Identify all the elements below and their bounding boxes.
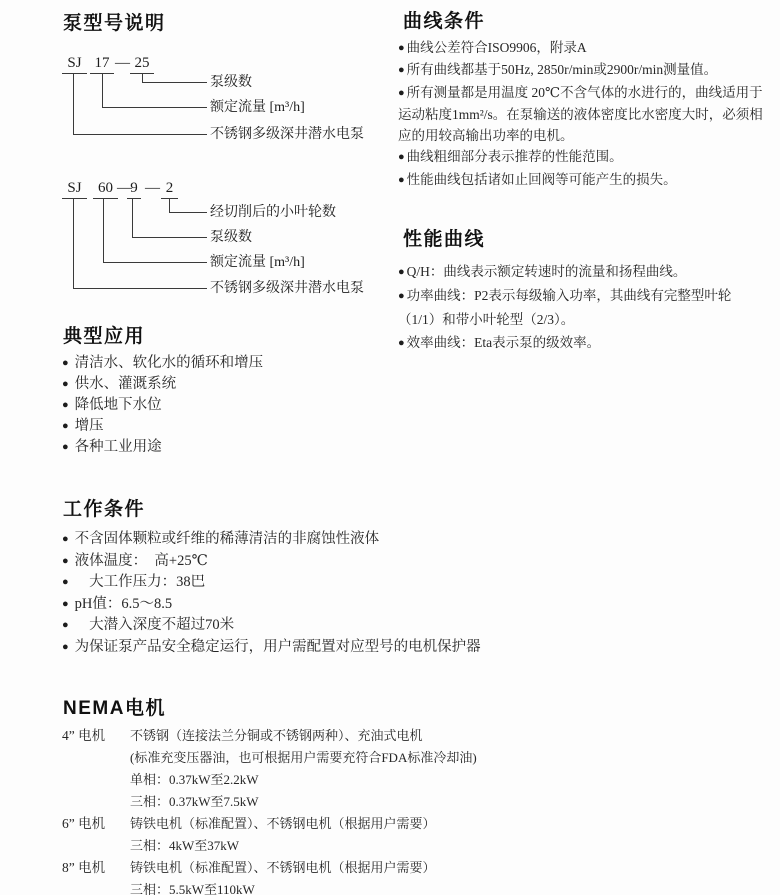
bullet-icon: ● bbox=[62, 619, 69, 631]
bullet-item: ●为保证泵产品安全稳定运行，用户需配置对应型号的电机保护器 bbox=[62, 637, 662, 659]
code-part-label: 额定流量 [m³/h] bbox=[210, 255, 305, 271]
bullet-item: ●功率曲线：P2表示每级输入功率，其曲线有完整型叶轮（1/1）和带小叶轮型（2/… bbox=[398, 284, 764, 331]
bullet-item: ●各种工业用途 bbox=[62, 437, 392, 458]
code-part-label: 不锈钢多级深井潜水电泵 bbox=[210, 127, 364, 143]
motor-spec-line: 三相：0.37kW至7.5kW bbox=[130, 791, 702, 813]
bullet-icon: ● bbox=[62, 399, 69, 411]
performance-curves-list: ●Q/H：曲线表示额定转速时的流量和扬程曲线。 ●功率曲线：P2表示每级输入功率… bbox=[398, 260, 764, 355]
bullet-icon: ● bbox=[62, 357, 69, 369]
model-code-part: 2 bbox=[161, 178, 178, 199]
bullet-text: 各种工业用途 bbox=[75, 439, 162, 455]
bullet-icon: ● bbox=[398, 337, 405, 349]
motor-spec-line: 铸铁电机（标准配置）、不锈钢电机（根据用户需要） bbox=[130, 813, 702, 835]
motor-size-label: 6” 电机 bbox=[62, 813, 130, 835]
nema-motors-table: 4” 电机 不锈钢（连接法兰分铜或不锈钢两种）、充油式电机 (标准充变压器油，也… bbox=[62, 725, 702, 895]
motor-spec-line: 单相：0.37kW至2.2kW bbox=[130, 769, 702, 791]
bullet-text: pH值：6.5～8.5 bbox=[75, 596, 172, 612]
bullet-icon: ● bbox=[62, 441, 69, 453]
bullet-item: ●Q/H：曲线表示额定转速时的流量和扬程曲线。 bbox=[398, 260, 764, 284]
bullet-text: 增压 bbox=[75, 418, 104, 434]
working-conditions-list: ●不含固体颗粒或纤维的稀薄清洁的非腐蚀性液体 ●液体温度： 高+25℃ ● 大工… bbox=[62, 529, 662, 658]
model-code-dash: — bbox=[114, 53, 131, 73]
code-part-label: 泵级数 bbox=[210, 230, 252, 246]
typical-applications-list: ●清洁水、软化水的循环和增压 ●供水、灌溉系统 ●降低地下水位 ●增压 ●各种工… bbox=[62, 353, 392, 458]
bullet-icon: ● bbox=[398, 64, 405, 76]
bullet-text: 液体温度： 高+25℃ bbox=[75, 553, 208, 569]
typical-applications-title: 典型应用 bbox=[63, 325, 145, 349]
motor-spec-line: 铸铁电机（标准配置）、不锈钢电机（根据用户需要） bbox=[130, 857, 702, 879]
bullet-icon: ● bbox=[398, 87, 405, 99]
bullet-icon: ● bbox=[62, 641, 69, 653]
bullet-item: ●降低地下水位 bbox=[62, 395, 392, 416]
motor-row: 6” 电机 铸铁电机（标准配置）、不锈钢电机（根据用户需要） 三相：4kW至37… bbox=[62, 813, 702, 857]
callout-line bbox=[73, 73, 207, 135]
bullet-text: 降低地下水位 bbox=[75, 397, 162, 413]
bullet-item: ●所有测量都是用温度 20℃不含气体的水进行的，曲线适用于运动粘度1mm²/s。… bbox=[398, 82, 764, 147]
bullet-icon: ● bbox=[398, 174, 405, 186]
bullet-item: ●所有曲线都基于50Hz, 2850r/min或2900r/min测量值。 bbox=[398, 59, 764, 81]
model-code-part: 60 bbox=[93, 178, 118, 199]
bullet-text: 清洁水、软化水的循环和增压 bbox=[75, 355, 264, 371]
code-part-label: 额定流量 [m³/h] bbox=[210, 100, 305, 116]
model-code-part: 9 bbox=[127, 178, 141, 199]
bullet-item: ●不含固体颗粒或纤维的稀薄清洁的非腐蚀性液体 bbox=[62, 529, 662, 551]
motor-row: 4” 电机 不锈钢（连接法兰分铜或不锈钢两种）、充油式电机 (标准充变压器油，也… bbox=[62, 725, 702, 813]
motor-spec-line: 三相：4kW至37kW bbox=[130, 835, 702, 857]
bullet-text: 供水、灌溉系统 bbox=[75, 376, 177, 392]
bullet-text: 性能曲线包括诸如止回阀等可能产生的损失。 bbox=[407, 172, 677, 187]
bullet-text: 所有测量都是用温度 20℃不含气体的水进行的，曲线适用于运动粘度1mm²/s。在… bbox=[398, 85, 763, 144]
bullet-text: 功率曲线：P2表示每级输入功率，其曲线有完整型叶轮（1/1）和带小叶轮型（2/3… bbox=[398, 288, 731, 327]
callout-line bbox=[73, 198, 207, 289]
bullet-icon: ● bbox=[62, 576, 69, 588]
code-part-label: 不锈钢多级深井潜水电泵 bbox=[210, 281, 364, 297]
bullet-text: 效率曲线：Eta表示泵的级效率。 bbox=[407, 335, 601, 350]
bullet-item: ●性能曲线包括诸如止回阀等可能产生的损失。 bbox=[398, 169, 764, 191]
motor-spec-line: 不锈钢（连接法兰分铜或不锈钢两种）、充油式电机 bbox=[130, 725, 702, 747]
bullet-item: ●曲线粗细部分表示推荐的性能范围。 bbox=[398, 146, 764, 168]
bullet-text: 不含固体颗粒或纤维的稀薄清洁的非腐蚀性液体 bbox=[75, 531, 380, 547]
bullet-text: 为保证泵产品安全稳定运行，用户需配置对应型号的电机保护器 bbox=[75, 639, 481, 655]
bullet-item: ●效率曲线：Eta表示泵的级效率。 bbox=[398, 331, 764, 355]
bullet-icon: ● bbox=[398, 290, 405, 302]
bullet-text: Q/H：曲线表示额定转速时的流量和扬程曲线。 bbox=[407, 264, 687, 279]
bullet-icon: ● bbox=[398, 42, 405, 54]
motor-spec-lines: 不锈钢（连接法兰分铜或不锈钢两种）、充油式电机 (标准充变压器油，也可根据用户需… bbox=[130, 725, 702, 813]
curve-conditions-list: ●曲线公差符合ISO9906，附录A ●所有曲线都基于50Hz, 2850r/m… bbox=[398, 37, 764, 191]
model-code-diagram-sj-17-25: SJ 17 — 25 泵级数 额定流量 [m³/h] 不锈钢多级深井潜水电泵 bbox=[62, 50, 407, 155]
bullet-item: ●增压 bbox=[62, 416, 392, 437]
bullet-text: 曲线公差符合ISO9906，附录A bbox=[407, 40, 587, 55]
bullet-icon: ● bbox=[62, 555, 69, 567]
bullet-item: ●液体温度： 高+25℃ bbox=[62, 551, 662, 573]
bullet-icon: ● bbox=[62, 598, 69, 610]
motor-spec-line: (标准充变压器油，也可根据用户需要充符合FDA标准冷却油) bbox=[130, 747, 702, 769]
model-code-part: SJ bbox=[62, 178, 87, 199]
bullet-item: ●曲线公差符合ISO9906，附录A bbox=[398, 37, 764, 59]
nema-motors-title: NEMA电机 bbox=[63, 697, 166, 721]
model-code-part: SJ bbox=[62, 53, 87, 74]
bullet-icon: ● bbox=[398, 151, 405, 163]
bullet-item: ●pH值：6.5～8.5 bbox=[62, 594, 662, 616]
model-code-part: 25 bbox=[130, 53, 154, 74]
bullet-item: ● 大工作压力：38巴 bbox=[62, 572, 662, 594]
bullet-icon: ● bbox=[62, 420, 69, 432]
bullet-item: ● 大潜入深度不超过70米 bbox=[62, 615, 662, 637]
model-code-dash: — bbox=[145, 178, 158, 198]
motor-spec-lines: 铸铁电机（标准配置）、不锈钢电机（根据用户需要） 三相：5.5kW至110kW bbox=[130, 857, 702, 895]
bullet-text: 大工作压力：38巴 bbox=[75, 574, 206, 590]
bullet-icon: ● bbox=[62, 533, 69, 545]
bullet-item: ●清洁水、软化水的循环和增压 bbox=[62, 353, 392, 374]
bullet-item: ●供水、灌溉系统 bbox=[62, 374, 392, 395]
motor-row: 8” 电机 铸铁电机（标准配置）、不锈钢电机（根据用户需要） 三相：5.5kW至… bbox=[62, 857, 702, 895]
code-part-label: 经切削后的小叶轮数 bbox=[210, 205, 336, 221]
bullet-text: 曲线粗细部分表示推荐的性能范围。 bbox=[407, 149, 623, 164]
pump-model-title: 泵型号说明 bbox=[63, 12, 166, 36]
pump-catalog-page: 泵型号说明 曲线条件 性能曲线 典型应用 工作条件 NEMA电机 SJ 17 —… bbox=[0, 0, 780, 895]
motor-size-label: 4” 电机 bbox=[62, 725, 130, 747]
bullet-icon: ● bbox=[62, 378, 69, 390]
code-part-label: 泵级数 bbox=[210, 75, 252, 91]
bullet-text: 所有曲线都基于50Hz, 2850r/min或2900r/min测量值。 bbox=[407, 62, 718, 77]
motor-size-label: 8” 电机 bbox=[62, 857, 130, 879]
curve-conditions-title: 曲线条件 bbox=[403, 10, 485, 34]
model-code-part: 17 bbox=[90, 53, 114, 74]
performance-curves-title: 性能曲线 bbox=[403, 228, 485, 252]
model-code-diagram-sj-60-9-2: SJ 60 — 9 — 2 经切削后的小叶轮数 泵级数 额定流量 [m³/h] … bbox=[62, 177, 407, 305]
motor-spec-line: 三相：5.5kW至110kW bbox=[130, 879, 702, 895]
bullet-text: 大潜入深度不超过70米 bbox=[75, 617, 235, 633]
bullet-icon: ● bbox=[398, 266, 405, 278]
working-conditions-title: 工作条件 bbox=[63, 498, 145, 522]
motor-spec-lines: 铸铁电机（标准配置）、不锈钢电机（根据用户需要） 三相：4kW至37kW bbox=[130, 813, 702, 857]
